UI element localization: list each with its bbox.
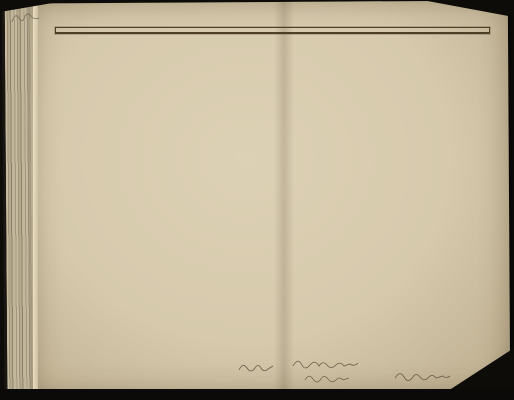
page-gutter-shadow [274,2,294,394]
photo-edge-bottom [0,389,514,400]
stats-table [55,27,490,34]
book-page [30,1,510,396]
table-header [56,28,489,33]
page-edge-highlight [33,3,38,391]
scanned-book-photo [0,0,514,400]
row-header-title [56,28,126,32]
